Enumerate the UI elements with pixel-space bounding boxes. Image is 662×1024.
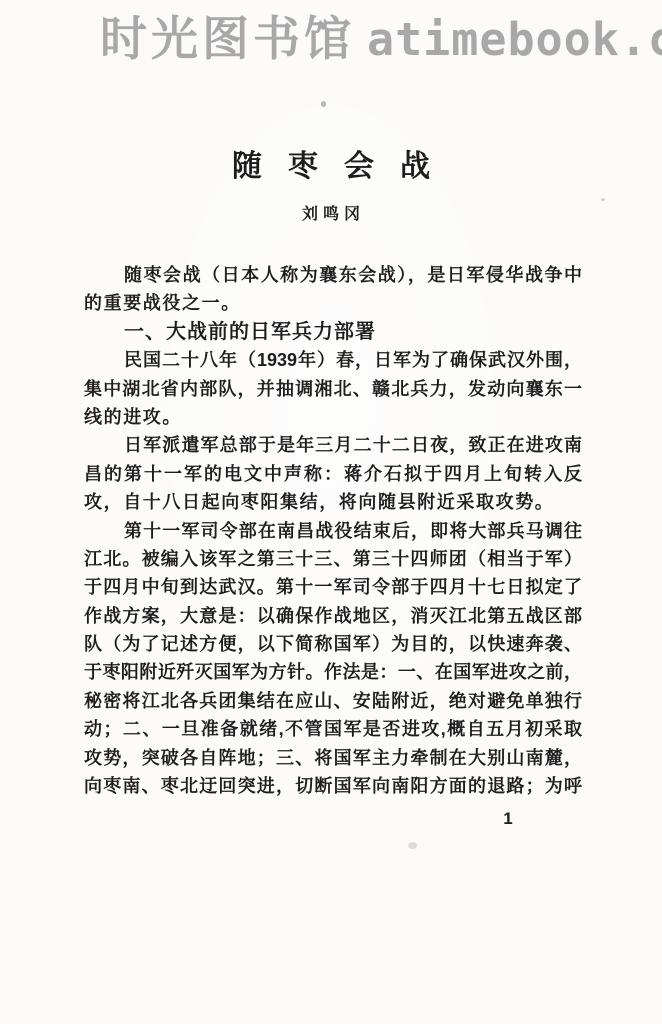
text-line: 攻势，突破各自阵地；三、将国军主力牵制在大别山南麓， — [84, 744, 582, 772]
page-number: 1 — [496, 808, 520, 830]
watermark-latin-text: atimebook.c — [367, 13, 662, 66]
text-line: 民国二十八年（1939年）春，日军为了确保武汉外围， — [84, 346, 582, 374]
text-line: 昌的第十一军的电文中声称：蒋介石拟于四月上旬转入反 — [84, 460, 582, 488]
text-line: 的重要战役之一。 — [84, 289, 582, 317]
scan-speck — [321, 101, 326, 107]
text-line: 线的进攻。 — [84, 403, 582, 431]
watermark: 时光图书馆atimebook.c — [100, 2, 662, 69]
chapter-title: 随枣会战 — [0, 141, 662, 185]
section-heading: 一、大战前的日军兵力部署 — [84, 318, 582, 346]
watermark-cjk-text: 时光图书馆 — [100, 12, 355, 65]
body-text: 随枣会战（日本人称为襄东会战），是日军侵华战争中的重要战役之一。一、大战前的日军… — [84, 261, 582, 800]
scan-speck — [601, 198, 605, 201]
text-line: 于枣阳附近歼灭国军为方针。作法是：一、在国军进攻之前， — [84, 658, 582, 686]
text-line: 向枣南、枣北迂回突进，切断国军向南阳方面的退路；为呼 — [84, 772, 582, 800]
text-line: 集中湖北省内部队，并抽调湘北、赣北兵力，发动向襄东一 — [84, 375, 582, 403]
text-line: 队（为了记述方便，以下简称国军）为目的，以快速奔袭、 — [84, 630, 582, 658]
text-line: 秘密将江北各兵团集结在应山、安陆附近，绝对避免单独行 — [84, 687, 582, 715]
text-line: 随枣会战（日本人称为襄东会战），是日军侵华战争中 — [84, 261, 582, 289]
text-line: 日军派遣军总部于是年三月二十二日夜，致正在进攻南 — [84, 431, 582, 459]
text-line: 第十一军司令部在南昌战役结束后，即将大部兵马调往 — [84, 517, 582, 545]
text-line: 江北。被编入该军之第三十三、第三十四师团（相当于军） — [84, 545, 582, 573]
text-line: 作战方案，大意是：以确保作战地区，消灭江北第五战区部 — [84, 602, 582, 630]
text-line: 动；二、一旦准备就绪,不管国军是否进攻,概自五月初采取 — [84, 715, 582, 743]
book-page-scan: 时光图书馆atimebook.c 随枣会战 刘鸣冈 随枣会战（日本人称为襄东会战… — [0, 0, 662, 1024]
scan-speck — [408, 842, 417, 849]
author-name: 刘鸣冈 — [0, 201, 662, 224]
text-line: 攻，自十八日起向枣阳集结，将向随县附近采取攻势。 — [84, 488, 582, 516]
text-line: 于四月中旬到达武汉。第十一军司令部于四月十七日拟定了 — [84, 573, 582, 601]
